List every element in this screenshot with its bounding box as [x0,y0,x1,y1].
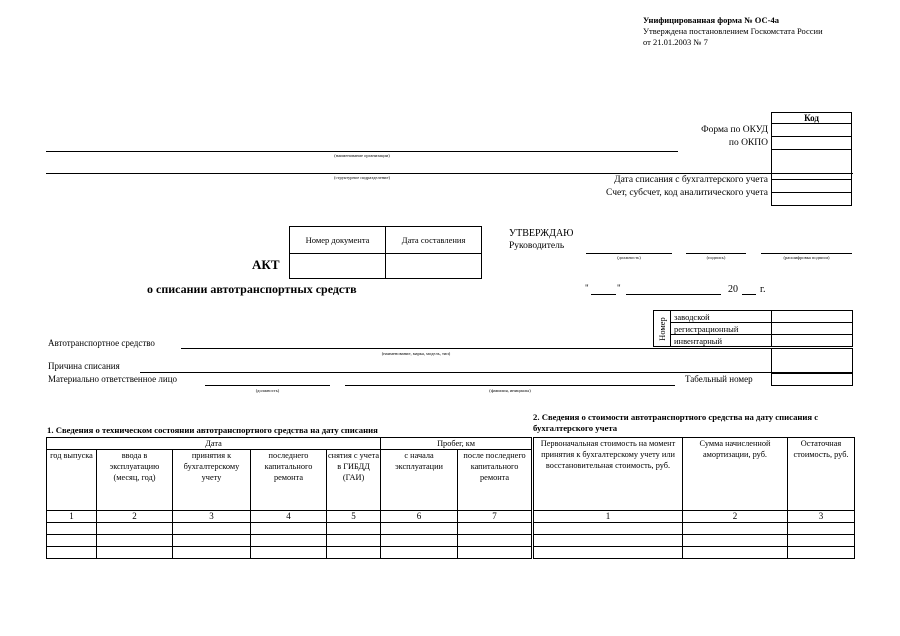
table-row [47,547,532,559]
table-cell[interactable] [47,547,97,559]
okud-label: Форма по ОКУД [701,125,768,135]
department-line[interactable] [46,173,853,174]
head-decode-line[interactable] [761,253,852,254]
table-cell[interactable] [47,535,97,547]
document-number-field[interactable] [290,254,386,279]
col-number: 1 [533,511,683,523]
inventory-number-field[interactable] [772,335,853,347]
col-header: последнего капитального ремонта [251,450,327,511]
responsible-position-caption: (должность) [205,388,330,393]
document-number-table: Номер документа Дата составления [289,226,482,279]
cost-table: Первоначальная стоимость на момент приня… [531,437,855,559]
table-cell[interactable] [251,523,327,535]
col-header: после последнего капитального ремонта [458,450,532,511]
quote-open: " [585,283,589,293]
col-number: 2 [97,511,173,523]
form-header: Унифицированная форма № ОС-4а Утверждена… [643,15,823,48]
section2-title: 2. Сведения о стоимости автотранспортног… [533,412,843,434]
code-table: Код [771,112,852,206]
table-row [47,535,532,547]
approval-year-line[interactable] [742,294,756,295]
head-label: Руководитель [509,241,564,251]
year-prefix: 20 [728,284,738,295]
act-subtitle: о списании автотранспортных средств [147,282,357,297]
table-cell[interactable] [458,535,532,547]
date-group-header: Дата [47,438,381,450]
col-number: 3 [788,511,855,523]
col-number: 6 [381,511,458,523]
technical-condition-table: Дата Пробег, км год выпуска ввода в эксп… [46,437,532,559]
code-header: Код [772,113,852,124]
table-cell[interactable] [788,523,855,535]
col-number: 5 [327,511,381,523]
document-number-header: Номер документа [290,227,386,254]
table-cell[interactable] [458,523,532,535]
approve-label: УТВЕРЖДАЮ [509,228,573,239]
head-decode-caption: (расшифровка подписи) [761,255,852,260]
okpo-label: по ОКПО [729,138,768,148]
number-group: Номер [654,311,671,347]
col-header: с начала эксплуатации [381,450,458,511]
number-table: Номер заводской регистрационный инвентар… [653,310,853,347]
table-cell[interactable] [97,523,173,535]
head-position-line[interactable] [586,253,672,254]
document-date-header: Дата составления [386,227,482,254]
col-header: принятия к бухгалтерскому учету [173,450,251,511]
okpo-field[interactable] [772,137,852,150]
table-cell[interactable] [173,547,251,559]
col-header: год выпуска [47,450,97,511]
okud-field[interactable] [772,124,852,137]
document-date-field[interactable] [386,254,482,279]
department-caption: (структурное подразделение) [46,175,678,180]
factory-number-field[interactable] [772,311,853,323]
organization-caption: (наименование организации) [46,153,678,158]
vehicle-line[interactable] [181,348,771,349]
table-cell[interactable] [381,535,458,547]
table-row [47,523,532,535]
table-row [533,547,855,559]
factory-label: заводской [671,311,772,323]
table-cell[interactable] [458,547,532,559]
inventory-label: инвентарный [671,335,772,347]
col-header: снятия с учета в ГИБДД (ГАИ) [327,450,381,511]
col-number: 2 [683,511,788,523]
head-signature-line[interactable] [686,253,746,254]
col-number: 1 [47,511,97,523]
table-cell[interactable] [327,523,381,535]
account-field[interactable] [772,193,852,206]
table-cell[interactable] [327,535,381,547]
act-title: АКТ [252,257,280,273]
table-row [533,535,855,547]
reason-label: Причина списания [48,361,120,371]
quote-close: " [617,283,621,293]
tab-number-label: Табельный номер [685,374,753,384]
tab-number-field[interactable] [771,373,853,386]
registration-label: регистрационный [671,323,772,335]
vehicle-caption: (наименование, марка, модель, тип) [181,351,651,356]
table-cell[interactable] [251,535,327,547]
approved-line-1: Утверждена постановлением Госкомстата Ро… [643,26,823,37]
vehicle-label: Автотранспортное средство [48,338,155,348]
col-header: Сумма начисленной амортизации, руб. [683,438,788,511]
col-number: 3 [173,511,251,523]
table-cell[interactable] [97,535,173,547]
col-number: 4 [251,511,327,523]
section1-title: 1. Сведения о техническом состоянии авто… [47,425,378,435]
responsible-name-caption: (фамилия, инициалы) [345,388,675,393]
table-cell[interactable] [327,547,381,559]
number-group-label: Номер [657,317,667,341]
account-label: Счет, субсчет, код аналитического учета [606,188,768,198]
table-cell[interactable] [381,523,458,535]
table-cell[interactable] [683,535,788,547]
organization-line[interactable] [46,151,678,152]
table-cell[interactable] [533,523,683,535]
table-cell[interactable] [97,547,173,559]
table-cell[interactable] [173,535,251,547]
approval-month-line[interactable] [626,294,721,295]
head-position-caption: (должность) [586,255,672,260]
responsible-name-line[interactable] [345,385,675,386]
head-signature-caption: (подпись) [686,255,746,260]
responsible-label: Материально ответственное лицо [48,374,177,384]
date-writeoff-field[interactable] [772,180,852,193]
responsible-position-line[interactable] [205,385,330,386]
approval-day-line[interactable] [591,294,616,295]
table-cell[interactable] [788,535,855,547]
reason-line[interactable] [140,372,853,373]
table-cell[interactable] [683,547,788,559]
table-cell[interactable] [47,523,97,535]
blank-number-field[interactable] [771,348,853,373]
table-cell[interactable] [683,523,788,535]
table-cell[interactable] [533,547,683,559]
col-header: ввода в эксплуатацию (месяц, год) [97,450,173,511]
table-cell[interactable] [788,547,855,559]
approved-line-2: от 21.01.2003 № 7 [643,37,823,48]
col-header: Остаточная стоимость, руб. [788,438,855,511]
table-cell[interactable] [251,547,327,559]
table-cell[interactable] [173,523,251,535]
registration-number-field[interactable] [772,323,853,335]
table-row [533,523,855,535]
mileage-group-header: Пробег, км [381,438,532,450]
col-header: Первоначальная стоимость на момент приня… [533,438,683,511]
table-cell[interactable] [381,547,458,559]
blank-code-field[interactable] [772,150,852,180]
form-title: Унифицированная форма № ОС-4а [643,15,823,26]
col-number: 7 [458,511,532,523]
table-cell[interactable] [533,535,683,547]
year-suffix: г. [760,284,765,295]
